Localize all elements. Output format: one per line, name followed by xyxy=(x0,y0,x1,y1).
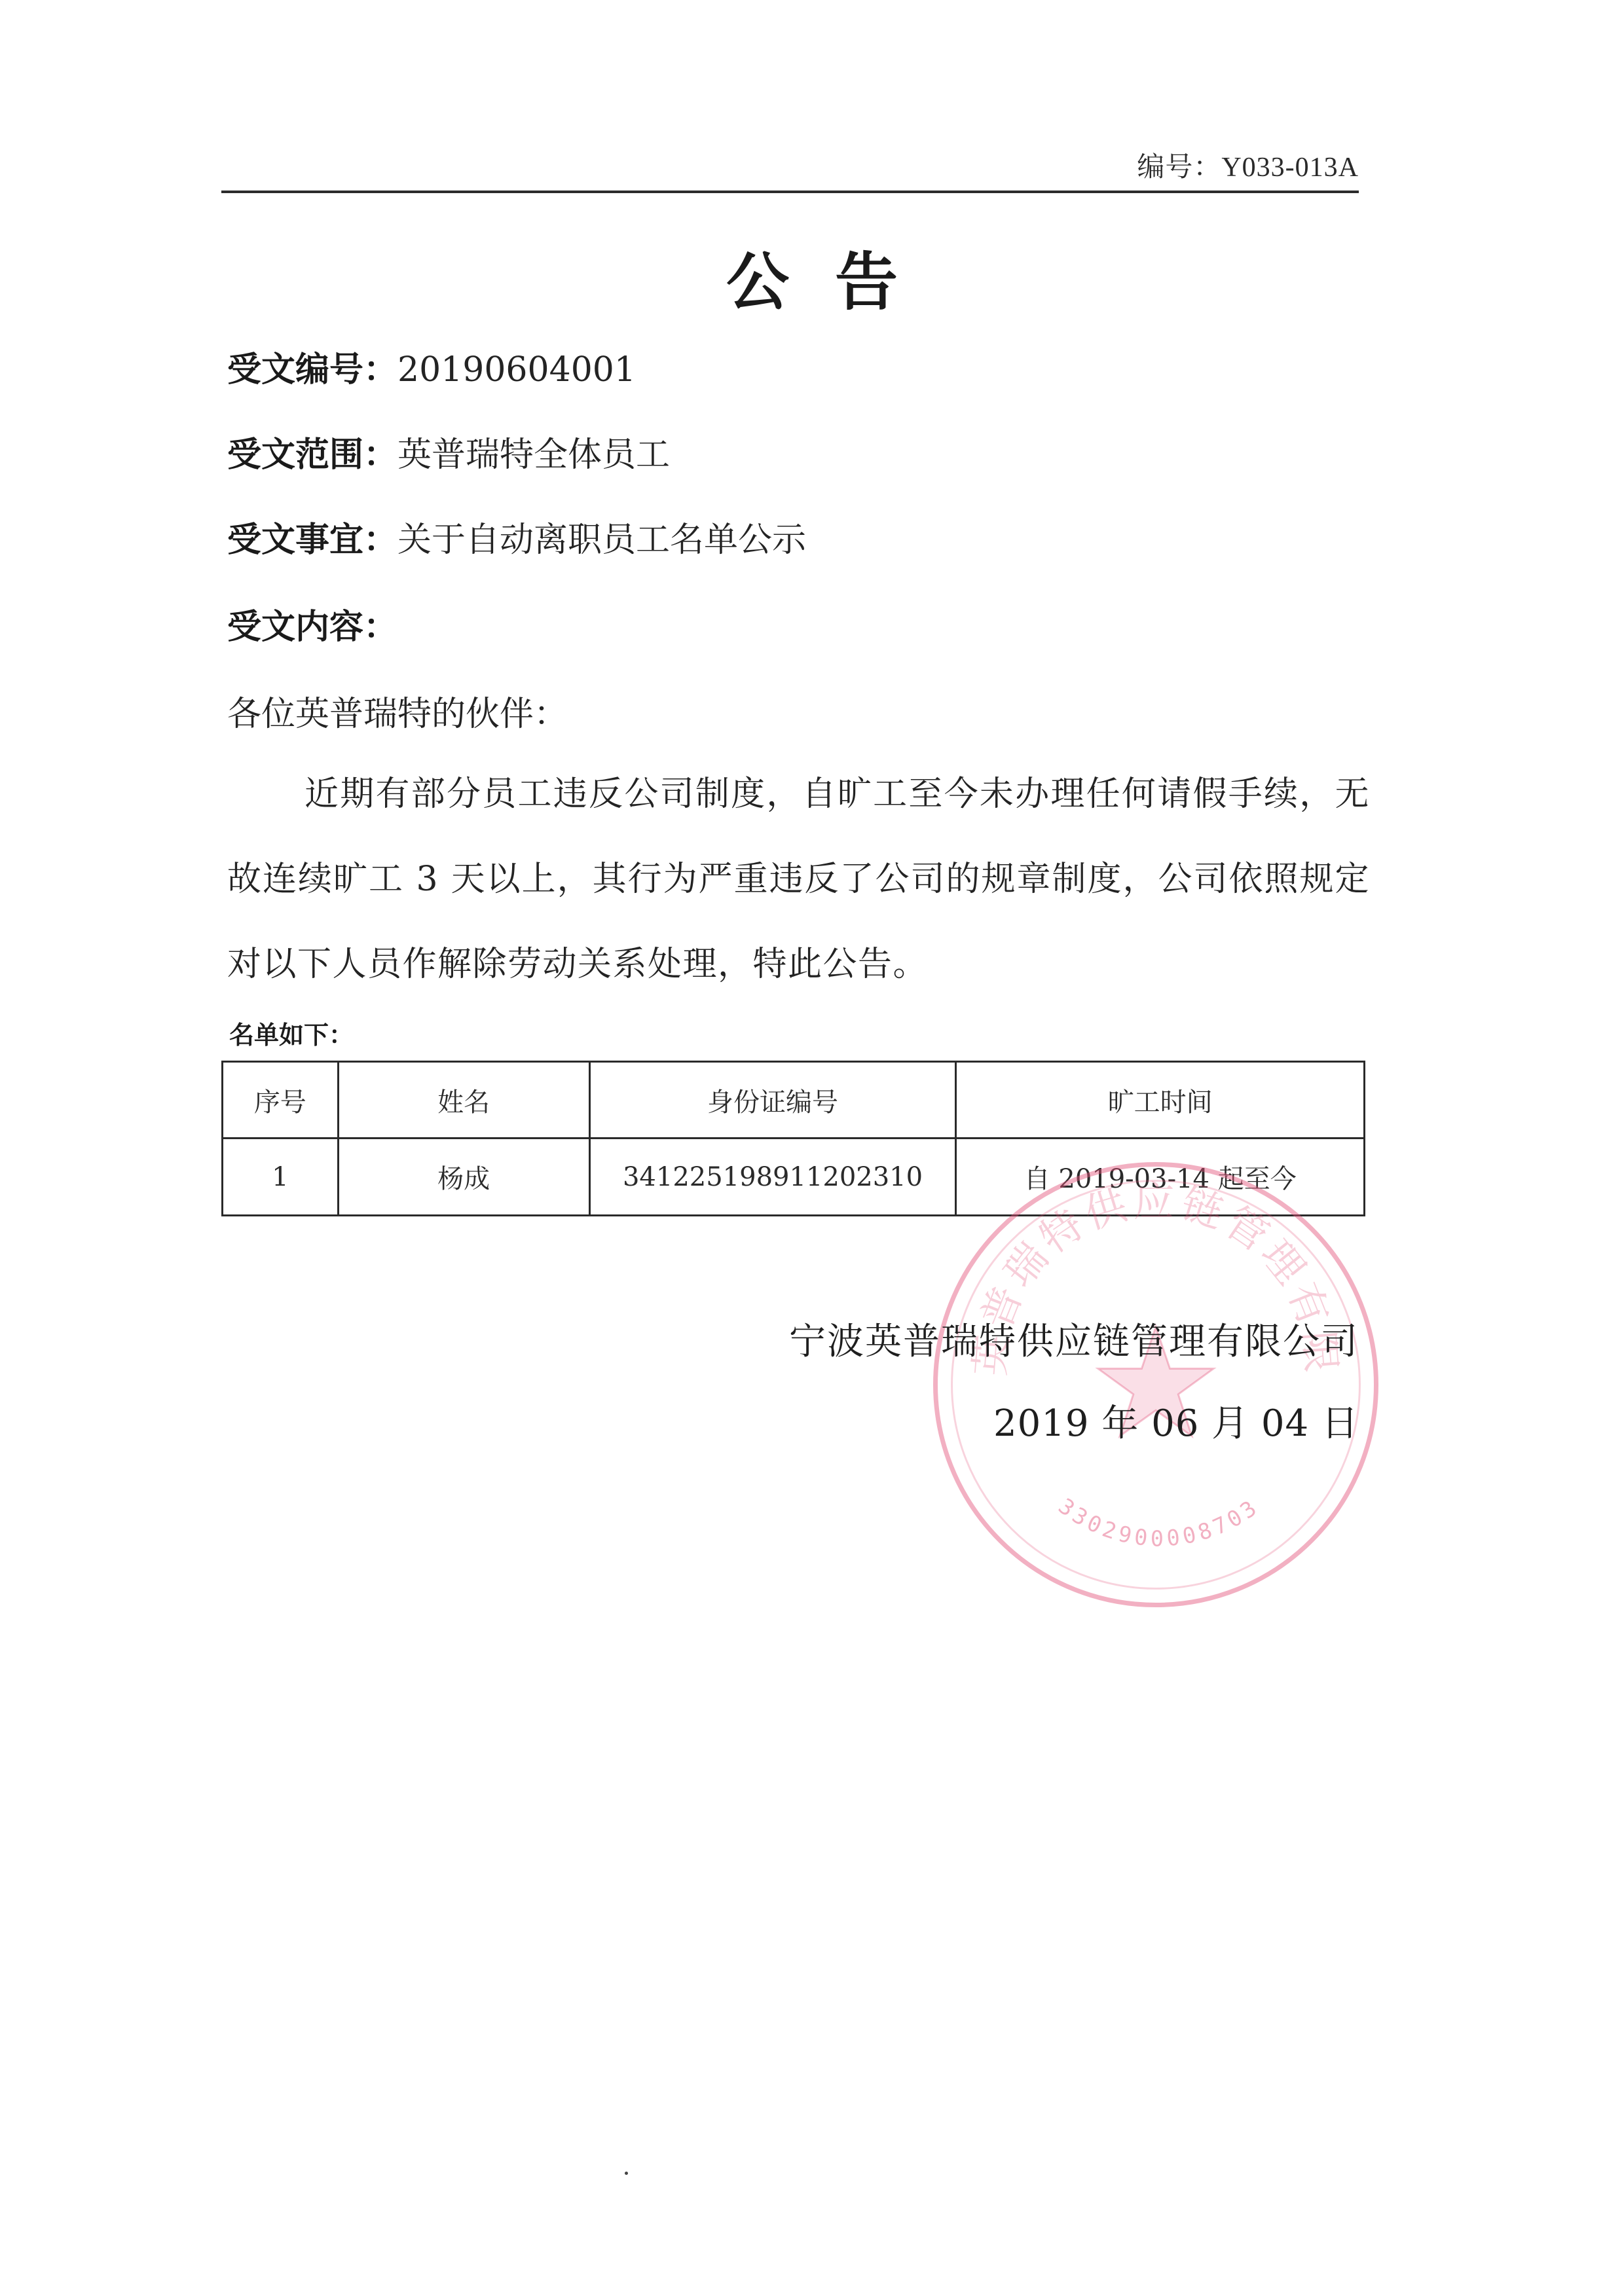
column-header-id-number: 身份证编号 xyxy=(589,1062,956,1139)
column-header-name: 姓名 xyxy=(338,1062,589,1139)
issuing-company: 宁波英普瑞特供应链管理有限公司 xyxy=(789,1313,1359,1365)
scan-speck xyxy=(625,2172,628,2175)
company-seal-stamp: 宁波英普瑞特供应链管理有限公司 3302900008703 xyxy=(933,1162,1378,1607)
field-scope: 受文范围：英普瑞特全体员工 xyxy=(227,427,670,476)
field-label: 受文内容： xyxy=(227,608,397,647)
field-subject: 受文事宜：关于自动离职员工名单公示 xyxy=(227,512,806,561)
field-content: 受文内容： xyxy=(227,599,397,648)
field-label: 受文编号： xyxy=(227,350,397,390)
column-header-absence-period: 旷工时间 xyxy=(956,1062,1365,1139)
roster-title: 名单如下： xyxy=(229,1015,354,1051)
column-header-index: 序号 xyxy=(223,1062,339,1139)
document-code-value: Y033-013A xyxy=(1221,153,1359,183)
body-paragraph: 近期有部分员工违反公司制度，自旷工至今未办理任何请假手续，无故连续旷工 3 天以… xyxy=(227,752,1370,1007)
cell-index: 1 xyxy=(223,1139,339,1216)
field-value: 英普瑞特全体员工 xyxy=(397,435,670,475)
field-value: 20190604001 xyxy=(397,350,636,390)
cell-name: 杨成 xyxy=(338,1139,589,1216)
field-label: 受文范围： xyxy=(227,435,397,475)
table-header-row: 序号 姓名 身份证编号 旷工时间 xyxy=(223,1062,1365,1139)
document-code: 编号：Y033-013A xyxy=(1137,145,1359,185)
issue-date: 2019 年 06 月 04 日 xyxy=(993,1394,1359,1447)
page-title: 公告 xyxy=(0,232,1624,322)
header-divider xyxy=(221,191,1359,193)
document-code-label: 编号： xyxy=(1137,153,1221,183)
field-label: 受文事宜： xyxy=(227,520,397,560)
greeting: 各位英普瑞特的伙伴： xyxy=(227,686,568,735)
svg-text:3302900008703: 3302900008703 xyxy=(1054,1493,1264,1552)
field-document-number: 受文编号：20190604001 xyxy=(227,342,636,391)
seal-icon: 宁波英普瑞特供应链管理有限公司 3302900008703 xyxy=(938,1167,1374,1603)
field-value: 关于自动离职员工名单公示 xyxy=(397,520,806,560)
cell-id-number: 341225198911202310 xyxy=(589,1139,956,1216)
